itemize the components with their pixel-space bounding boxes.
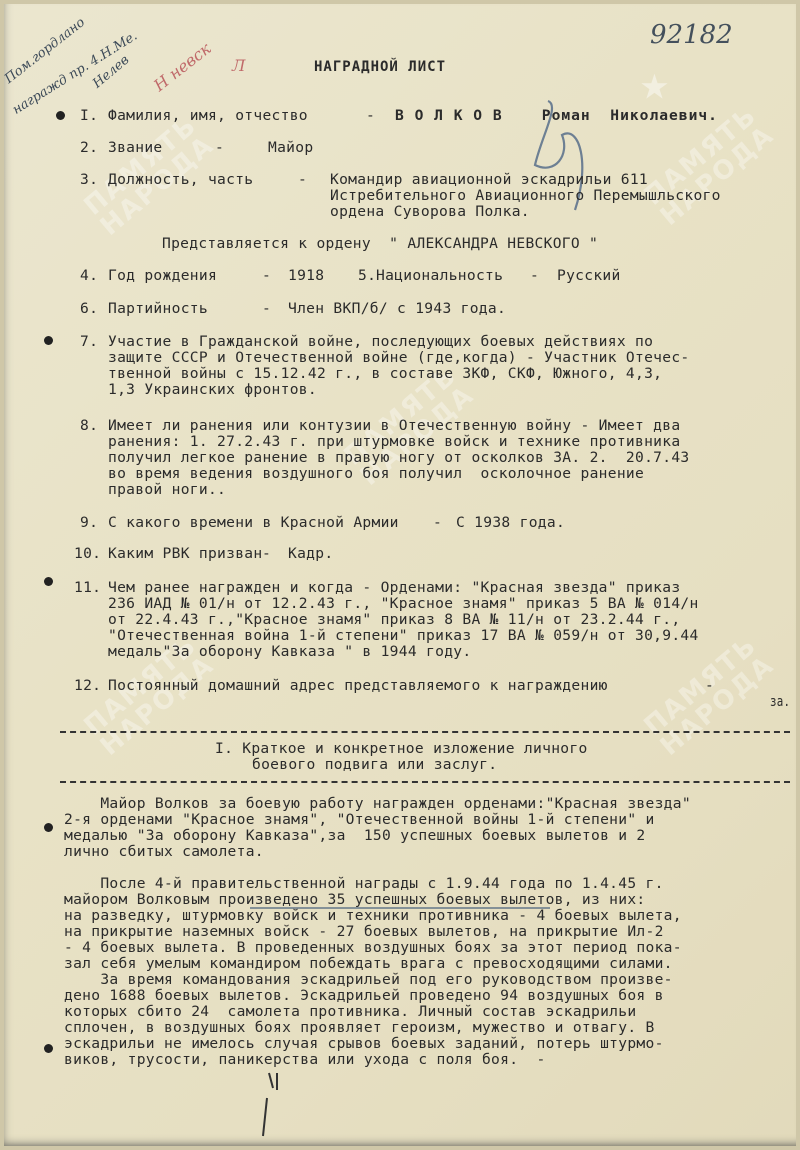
award-sheet-page: ★ ПАМЯТЬ НАРОДА ПАМЯТЬ НАРОДА ПАМЯТЬ НАР… — [0, 0, 800, 1150]
punch-hole — [44, 577, 53, 586]
narrative-line: эскадрильи не имелось случая срывов боев… — [64, 1036, 664, 1051]
punch-hole — [44, 823, 53, 832]
field-number: 10. — [74, 546, 101, 561]
field-number: 11. — [74, 580, 101, 595]
field-text-prior-awards: "Отечественная война 1-й степени" приказ… — [108, 628, 699, 643]
narrative-line: которых сбито 24 самолета противника. Ли… — [64, 1004, 636, 1019]
narrative-line: сплочен, в воздушных боях проявляет геро… — [64, 1020, 655, 1035]
field-text-wounds: правой ноги.. — [108, 482, 226, 497]
field-number: 7. — [80, 334, 98, 349]
field-dash: - — [530, 268, 539, 283]
field-number: 12. — [74, 678, 101, 693]
field-label-conscription: Каким РВК призван — [108, 546, 262, 561]
award-order-line: Представляется к ордену " АЛЕКСАНДРА НЕВ… — [162, 236, 598, 251]
narrative-line: После 4-й правительственной награды с 1.… — [64, 876, 664, 891]
field-dash: - — [215, 140, 224, 155]
field-value-position: Командир авиационной эскадрильи 611 — [330, 172, 648, 187]
field-value-name: В О Л К О В Роман Николаевич. — [395, 108, 718, 123]
narrative-line: За время командования эскадрильей под ег… — [64, 972, 673, 987]
field-label-nationality: Национальность — [376, 268, 503, 283]
narrative-line: Майор Волков за боевую работу награжден … — [64, 796, 691, 811]
field-label-rank: Звание — [108, 140, 163, 155]
field-dash: - — [262, 546, 271, 561]
punch-hole — [56, 111, 65, 120]
field-dash: - — [705, 678, 714, 693]
field-text-war-participation: 1,3 Украинских фронтов. — [108, 382, 317, 397]
field-label-party: Партийность — [108, 301, 208, 316]
archive-number: 92182 — [650, 20, 733, 50]
field-value-address: за. — [770, 694, 790, 709]
field-number: 6. — [80, 301, 98, 316]
field-value-position: ордена Суворова Полка. — [330, 204, 530, 219]
field-label-army-since: С какого времени в Красной Армии — [108, 515, 399, 530]
narrative-line: лично сбитых самолета. — [64, 844, 264, 859]
field-dash: - — [262, 301, 271, 316]
field-text-war-participation: Участие в Гражданской войне, последующих… — [108, 334, 653, 349]
document-title: НАГРАДНОЙ ЛИСТ — [314, 60, 446, 75]
field-number: 2. — [80, 140, 98, 155]
field-number: 9. — [80, 515, 98, 530]
handwritten-red-note: Н невск — [150, 39, 214, 95]
narrative-line: на прикрытие наземных войск - 27 боевых … — [64, 924, 664, 939]
field-label-position: Должность, часть — [108, 172, 253, 187]
field-text-war-participation: твенной войны с 15.12.42 г., в составе З… — [108, 366, 662, 381]
section-heading: I. Краткое и конкретное изложение личног… — [215, 741, 588, 756]
narrative-line: на разведку, штурмовку войск и техники п… — [64, 908, 682, 923]
field-dash: - — [366, 108, 375, 123]
field-text-war-participation: защите СССР и Отечественной войне (где,к… — [108, 350, 690, 365]
field-dash: - — [433, 515, 442, 530]
signature-mark-bottom — [255, 1068, 285, 1138]
field-dash: - — [262, 268, 271, 283]
section-heading: боевого подвига или заслуг. — [252, 757, 497, 772]
narrative-line: виков, трусости, паникерства или ухода с… — [64, 1052, 546, 1067]
dashed-divider — [60, 731, 790, 733]
field-value-party: Член ВКП/б/ с 1943 года. — [288, 301, 506, 316]
narrative-line: медалью "За оборону Кавказа",за 150 успе… — [64, 828, 646, 843]
dashed-divider — [60, 781, 790, 783]
field-number: 5. — [358, 268, 376, 283]
field-value-birth-year: 1918 — [288, 268, 324, 283]
field-value-rank: Майор — [268, 140, 313, 155]
narrative-line: - 4 боевых вылета. В проведенных воздушн… — [64, 940, 682, 955]
field-number: I. — [80, 108, 98, 123]
field-value-army-since: С 1938 года. — [456, 515, 565, 530]
watermark-star-icon: ★ — [640, 55, 669, 111]
field-number: 3. — [80, 172, 98, 187]
narrative-line: майором Волковым произведено 35 успешных… — [64, 892, 646, 907]
field-label-address: Постоянный домашний адрес представляемог… — [108, 678, 608, 693]
handwritten-red-mark: Л — [232, 56, 245, 75]
field-number: 8. — [80, 418, 98, 433]
field-value-position: Истребительного Авиационного Перемышльск… — [330, 188, 721, 203]
punch-hole — [44, 336, 53, 345]
field-text-prior-awards: Чем ранее награжден и когда - Орденами: … — [108, 580, 680, 595]
field-label-name: Фамилия, имя, отчество — [108, 108, 308, 123]
field-text-wounds: Имеет ли ранения или контузии в Отечеств… — [108, 418, 680, 433]
watermark: ПАМЯТЬ НАРОДА — [639, 632, 778, 761]
field-text-wounds: получил легкое ранение в правую ногу от … — [108, 450, 690, 465]
field-number: 4. — [80, 268, 98, 283]
field-label-birth-year: Год рождения — [108, 268, 217, 283]
field-text-prior-awards: медаль"За оборону Кавказа " в 1944 году. — [108, 644, 471, 659]
field-value-conscription: Кадр. — [288, 546, 333, 561]
field-dash: - — [298, 172, 307, 187]
punch-hole — [44, 1044, 53, 1053]
field-value-nationality: Русский — [557, 268, 621, 283]
field-text-prior-awards: 236 ИАД № 01/н от 12.2.43 г., "Красное з… — [108, 596, 699, 611]
field-text-wounds: во время ведения воздушного боя получил … — [108, 466, 644, 481]
narrative-line: 2-я орденами "Красное знамя", "Отечестве… — [64, 812, 655, 827]
narrative-line: зал себя умелым командиром побеждать вра… — [64, 956, 673, 971]
field-text-prior-awards: от 22.4.43 г.,"Красное знамя" приказ 8 В… — [108, 612, 680, 627]
narrative-line: дено 1688 боевых вылетов. Эскадрильей пр… — [64, 988, 664, 1003]
field-text-wounds: ранения: 1. 27.2.43 г. при штурмовке вой… — [108, 434, 680, 449]
